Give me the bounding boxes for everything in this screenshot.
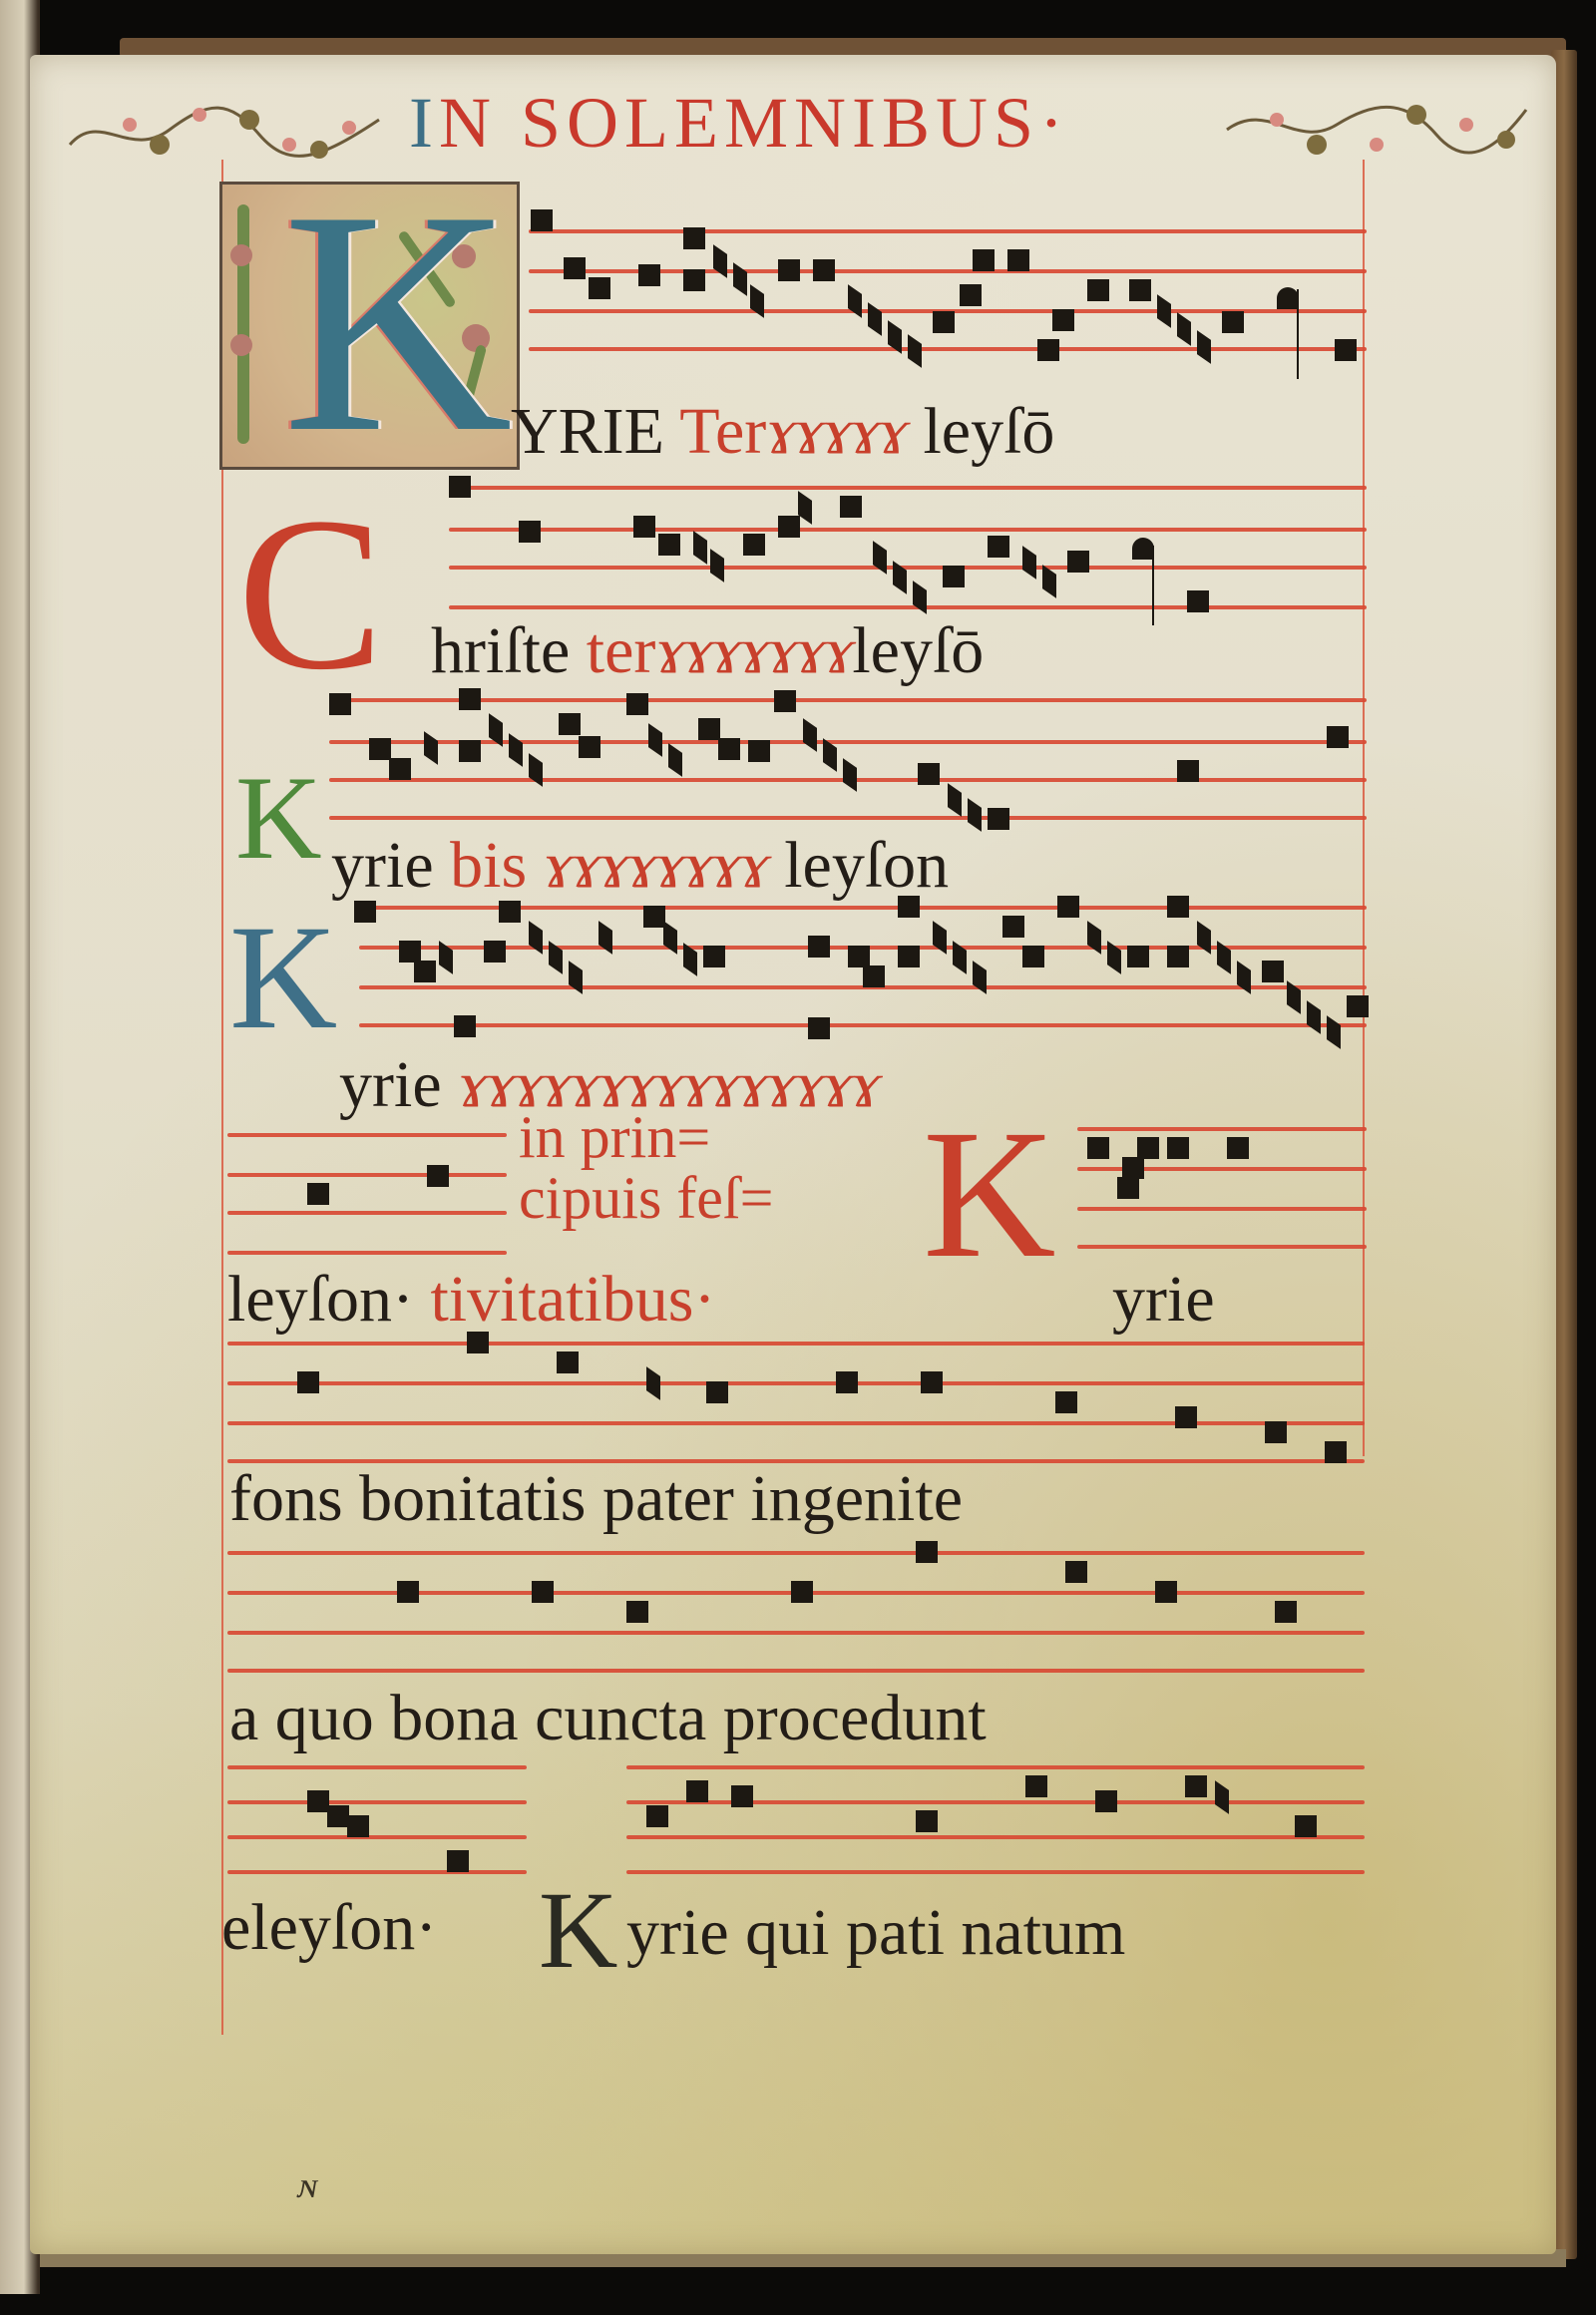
music-staff-6 [227, 1342, 1365, 1461]
rubric-text: Ter [679, 395, 766, 468]
folio-mark: ɴ [299, 2164, 317, 2206]
vine-decoration [237, 204, 249, 444]
rubric-text: bis [450, 829, 527, 902]
lyric-line-3: yrie bis ɤɤɤɤɤɤɤɤ leyſon [331, 833, 949, 899]
lyric-text: leyſon [784, 829, 949, 902]
melisma-flourish: ɤɤɤɤɤ [766, 395, 907, 468]
decorated-initial-K-blue: K [229, 903, 337, 1052]
music-staff-8-right [626, 1765, 1365, 1885]
lyric-text: leyſō [923, 395, 1054, 468]
rubric-text: cipuis feſ= [519, 1168, 773, 1229]
title-text: N SOLEMNIBUS· [439, 83, 1069, 163]
page-header: IN SOLEMNIBUS· [60, 70, 1536, 180]
music-staff-2 [449, 486, 1367, 615]
lyric-text: leyſon· [227, 1263, 414, 1336]
rubric-text: ter [587, 614, 656, 687]
rubric-text: in prin= [519, 1107, 773, 1168]
rubric-instruction-block: in prin= cipuis feſ= [519, 1107, 773, 1229]
initial-letter: K [282, 163, 513, 482]
lyric-text: eleyſon· [221, 1891, 437, 1964]
flower-decoration [230, 334, 252, 356]
lyric-text: hriſte [431, 614, 570, 687]
music-staff-4 [359, 906, 1367, 1035]
lyric-text: leyſō [852, 614, 984, 687]
music-staff-3 [329, 698, 1367, 828]
decorated-initial-C: C [237, 484, 384, 703]
decorated-initial-K-dark: K [539, 1875, 617, 1985]
decorated-initial-K-green: K [235, 758, 322, 878]
lyric-text: yrie [339, 1048, 442, 1121]
lyric-line-5-continuation: yrie [1112, 1267, 1215, 1333]
floral-vine-ornament-right [1217, 90, 1536, 170]
music-staff-5-left [227, 1133, 507, 1263]
music-staff-7 [227, 1551, 1365, 1671]
music-staff-5-right [1077, 1127, 1367, 1257]
lyric-text: yrie [331, 829, 434, 902]
melisma-flourish: ɤɤɤɤɤɤɤ [655, 614, 852, 687]
lyric-line-5: leyſon· tivitatibus· [227, 1267, 715, 1333]
decorated-initial-K-red: K [923, 1102, 1056, 1287]
melisma-flourish: ɤɤɤɤɤɤɤɤ [544, 829, 768, 902]
music-staff-1 [529, 229, 1367, 359]
lyric-line-1: YRIE Terɤɤɤɤɤ leyſō [511, 399, 1054, 465]
lyric-line-7: a quo bona cuncta procedunt [229, 1686, 987, 1751]
illuminated-initial-K: K [219, 182, 520, 470]
lyric-line-8: eleyſon· [221, 1895, 437, 1961]
music-staff-8-left [227, 1765, 527, 1885]
lyric-line-6: fons bonitatis pater ingenite [229, 1466, 963, 1532]
lyric-line-2: hriſte terɤɤɤɤɤɤɤleyſō [431, 618, 984, 684]
rubric-text: tivitatibus· [430, 1263, 715, 1336]
lyric-line-8-continuation: yrie qui pati natum [626, 1900, 1125, 1966]
lyric-text: YRIE [511, 395, 664, 468]
flower-decoration [230, 244, 252, 266]
